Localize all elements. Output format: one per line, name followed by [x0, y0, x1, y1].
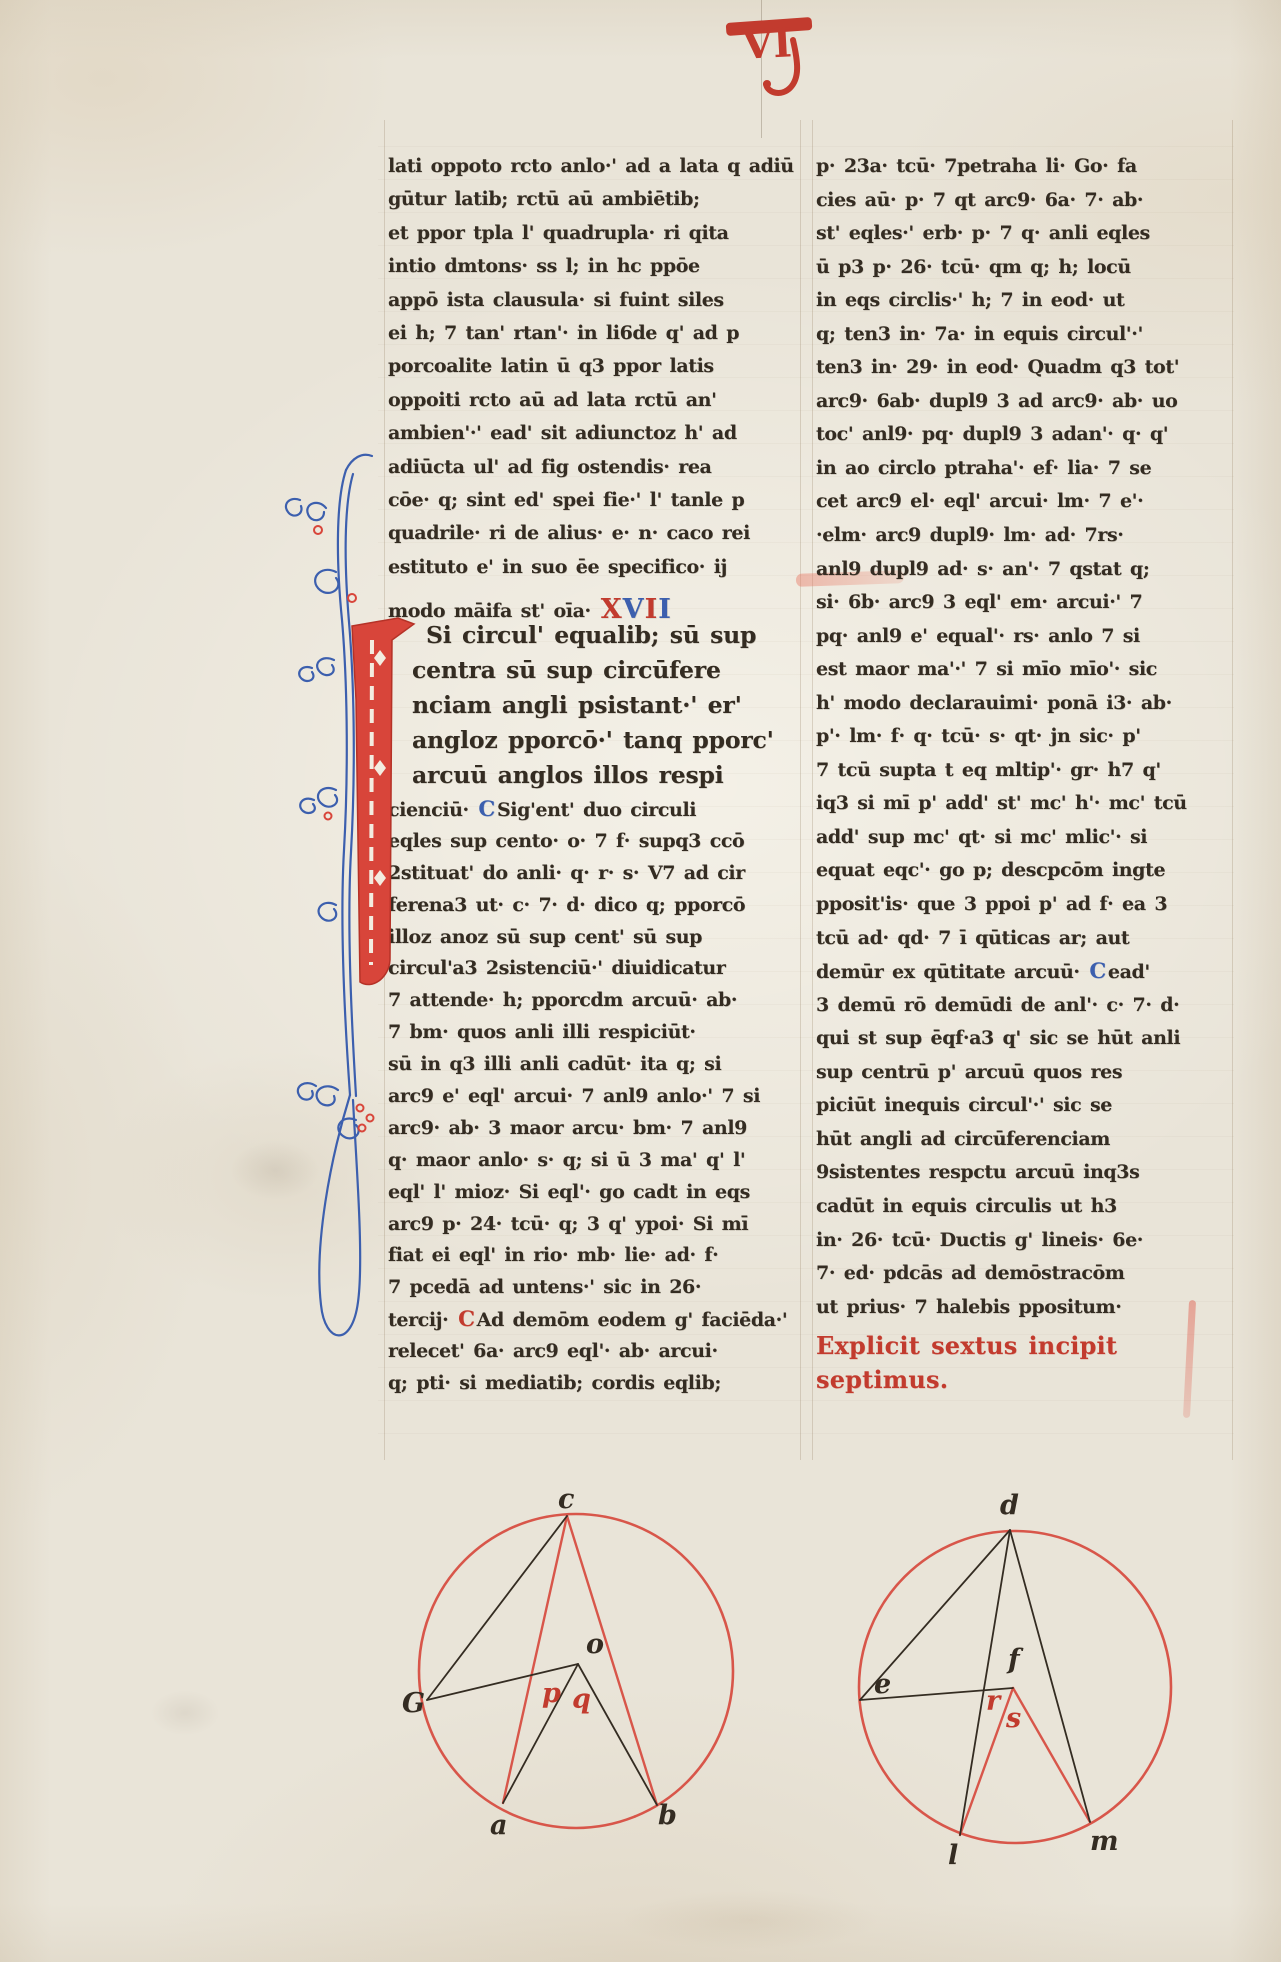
diagram-label-c: c: [558, 1484, 574, 1515]
diagram-label-m: m: [1090, 1826, 1119, 1857]
diagram-circle: [419, 1514, 733, 1828]
diagram-chord-dl: [960, 1530, 1010, 1835]
diagram-chord-cb: [567, 1516, 657, 1805]
geometry-diagram-left: cGoabpq: [402, 1484, 733, 1841]
diagram-label-o: o: [586, 1629, 604, 1660]
diagram-label-G: G: [402, 1688, 425, 1719]
diagram-circle: [859, 1531, 1171, 1843]
diagram-label-b: b: [658, 1800, 677, 1831]
diagram-chord-fm: [1013, 1688, 1090, 1822]
diagram-chord-oa: [503, 1664, 578, 1803]
geometry-diagram-right: deflmrs: [859, 1490, 1171, 1871]
diagram-label-q: q: [572, 1684, 591, 1715]
diagram-label-p: p: [542, 1678, 561, 1709]
quire-mark-text: VI: [740, 19, 793, 69]
quire-mark: VI: [726, 17, 813, 93]
diagram-label-a: a: [490, 1810, 508, 1841]
diagram-label-d: d: [1000, 1490, 1019, 1521]
chapter-initial: [352, 618, 414, 985]
diagram-label-e: e: [874, 1669, 891, 1700]
diagram-label-f: f: [1006, 1644, 1024, 1675]
diagram-chord-dm: [1010, 1530, 1090, 1822]
diagram-label-s: s: [1005, 1703, 1021, 1734]
diagram-label-l: l: [948, 1840, 958, 1871]
diagram-label-r: r: [986, 1686, 1002, 1717]
